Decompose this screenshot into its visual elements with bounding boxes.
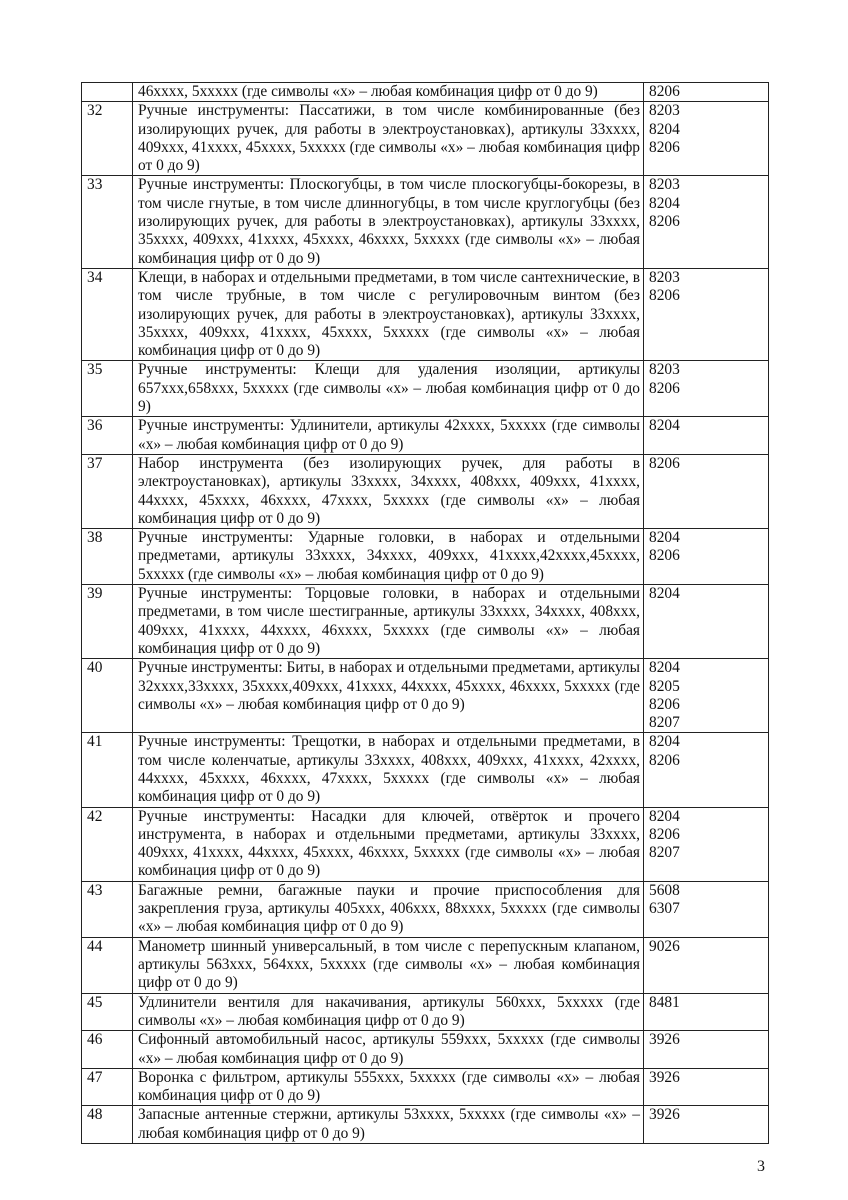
row-codes: 8204 (644, 585, 769, 659)
table-body: 46xxxx, 5xxxxx (где символы «x» – любая … (82, 83, 769, 1144)
row-codes: 82048206 (644, 733, 769, 807)
row-number: 36 (82, 417, 133, 455)
tnved-code: 8204 (649, 733, 765, 751)
row-codes: 820482068207 (644, 807, 769, 881)
row-codes: 820382048206 (644, 102, 769, 176)
table-row: 46Сифонный автомобильный насос, артикулы… (82, 1031, 769, 1069)
row-codes: 8204820582068207 (644, 659, 769, 733)
table-row: 47Воронка с фильтром, артикулы 555xxx, 5… (82, 1068, 769, 1106)
tnved-code: 8205 (649, 678, 765, 696)
table-row: 41Ручные инструменты: Трещотки, в набора… (82, 733, 769, 807)
row-codes: 8206 (644, 83, 769, 102)
row-codes: 56086307 (644, 881, 769, 937)
table-row: 45Удлинители вентиля для накачивания, ар… (82, 993, 769, 1031)
tnved-code: 8206 (649, 380, 765, 398)
row-codes: 8204 (644, 417, 769, 455)
row-description: Ручные инструменты: Ударные головки, в н… (133, 529, 644, 585)
row-number: 35 (82, 361, 133, 417)
row-description: Ручные инструменты: Насадки для ключей, … (133, 807, 644, 881)
row-number: 42 (82, 807, 133, 881)
tnved-code: 8203 (649, 102, 765, 120)
table-row: 37Набор инструмента (без изолирующих руч… (82, 454, 769, 528)
row-description: Манометр шинный универсальный, в том чис… (133, 937, 644, 993)
tnved-code: 8203 (649, 361, 765, 379)
row-codes: 3926 (644, 1106, 769, 1144)
row-description: Удлинители вентиля для накачивания, арти… (133, 993, 644, 1031)
tnved-code: 8206 (649, 83, 765, 101)
row-description: Сифонный автомобильный насос, артикулы 5… (133, 1031, 644, 1069)
tnved-code: 3926 (649, 1106, 765, 1124)
tnved-code: 8206 (649, 213, 765, 231)
tnved-code: 8207 (649, 844, 765, 862)
row-description: 46xxxx, 5xxxxx (где символы «x» – любая … (133, 83, 644, 102)
tnved-code: 8204 (649, 585, 765, 603)
tnved-code: 8207 (649, 714, 765, 732)
row-description: Клещи, в наборах и отдельными предметами… (133, 268, 644, 360)
table-row: 36Ручные инструменты: Удлинители, артику… (82, 417, 769, 455)
row-description: Ручные инструменты: Клещи для удаления и… (133, 361, 644, 417)
table-row: 39Ручные инструменты: Торцовые головки, … (82, 585, 769, 659)
row-number: 34 (82, 268, 133, 360)
row-description: Ручные инструменты: Биты, в наборах и от… (133, 659, 644, 733)
row-description: Ручные инструменты: Трещотки, в наборах … (133, 733, 644, 807)
table-row: 34Клещи, в наборах и отдельными предмета… (82, 268, 769, 360)
row-number: 32 (82, 102, 133, 176)
tnved-code: 3926 (649, 1031, 765, 1049)
tnved-code: 8206 (649, 696, 765, 714)
tnved-code: 8203 (649, 269, 765, 287)
table-row: 33Ручные инструменты: Плоскогубцы, в том… (82, 176, 769, 268)
row-description: Багажные ремни, багажные пауки и прочие … (133, 881, 644, 937)
row-codes: 3926 (644, 1068, 769, 1106)
tnved-code: 3926 (649, 1069, 765, 1087)
tnved-code: 8204 (649, 529, 765, 547)
table-row: 46xxxx, 5xxxxx (где символы «x» – любая … (82, 83, 769, 102)
tnved-code: 8206 (649, 826, 765, 844)
tnved-code: 5608 (649, 882, 765, 900)
tnved-code: 8204 (649, 808, 765, 826)
table-row: 43Багажные ремни, багажные пауки и прочи… (82, 881, 769, 937)
table-row: 48Запасные антенные стержни, артикулы 53… (82, 1106, 769, 1144)
row-number: 39 (82, 585, 133, 659)
row-codes: 820382048206 (644, 176, 769, 268)
tnved-code: 8203 (649, 176, 765, 194)
tnved-code: 8481 (649, 994, 765, 1012)
row-description: Набор инструмента (без изолирующих ручек… (133, 454, 644, 528)
row-description: Ручные инструменты: Удлинители, артикулы… (133, 417, 644, 455)
tnved-code: 8206 (649, 455, 765, 473)
row-number: 45 (82, 993, 133, 1031)
row-description: Ручные инструменты: Торцовые головки, в … (133, 585, 644, 659)
row-codes: 3926 (644, 1031, 769, 1069)
row-number: 48 (82, 1106, 133, 1144)
tnved-code: 8204 (649, 659, 765, 677)
row-number: 33 (82, 176, 133, 268)
table-row: 32Ручные инструменты: Пассатижи, в том ч… (82, 102, 769, 176)
row-codes: 82038206 (644, 361, 769, 417)
table-row: 44Манометр шинный универсальный, в том ч… (82, 937, 769, 993)
row-description: Запасные антенные стержни, артикулы 53xx… (133, 1106, 644, 1144)
tnved-code: 8206 (649, 139, 765, 157)
row-description: Воронка с фильтром, артикулы 555xxx, 5xx… (133, 1068, 644, 1106)
row-number (82, 83, 133, 102)
row-codes: 82048206 (644, 529, 769, 585)
row-number: 38 (82, 529, 133, 585)
row-number: 41 (82, 733, 133, 807)
page-number: 3 (757, 1158, 765, 1176)
row-codes: 9026 (644, 937, 769, 993)
row-description: Ручные инструменты: Пассатижи, в том чис… (133, 102, 644, 176)
row-number: 37 (82, 454, 133, 528)
products-table: 46xxxx, 5xxxxx (где символы «x» – любая … (81, 82, 769, 1144)
row-number: 40 (82, 659, 133, 733)
tnved-code: 8206 (649, 287, 765, 305)
row-number: 46 (82, 1031, 133, 1069)
tnved-code: 6307 (649, 900, 765, 918)
row-codes: 8206 (644, 454, 769, 528)
row-number: 43 (82, 881, 133, 937)
tnved-code: 8204 (649, 121, 765, 139)
table-row: 40Ручные инструменты: Биты, в наборах и … (82, 659, 769, 733)
row-description: Ручные инструменты: Плоскогубцы, в том ч… (133, 176, 644, 268)
row-codes: 82038206 (644, 268, 769, 360)
row-codes: 8481 (644, 993, 769, 1031)
row-number: 44 (82, 937, 133, 993)
tnved-code: 8206 (649, 547, 765, 565)
tnved-code: 8204 (649, 417, 765, 435)
row-number: 47 (82, 1068, 133, 1106)
tnved-code: 8204 (649, 195, 765, 213)
table-row: 35Ручные инструменты: Клещи для удаления… (82, 361, 769, 417)
tnved-code: 9026 (649, 938, 765, 956)
table-row: 38Ручные инструменты: Ударные головки, в… (82, 529, 769, 585)
tnved-code: 8206 (649, 752, 765, 770)
table-row: 42Ручные инструменты: Насадки для ключей… (82, 807, 769, 881)
